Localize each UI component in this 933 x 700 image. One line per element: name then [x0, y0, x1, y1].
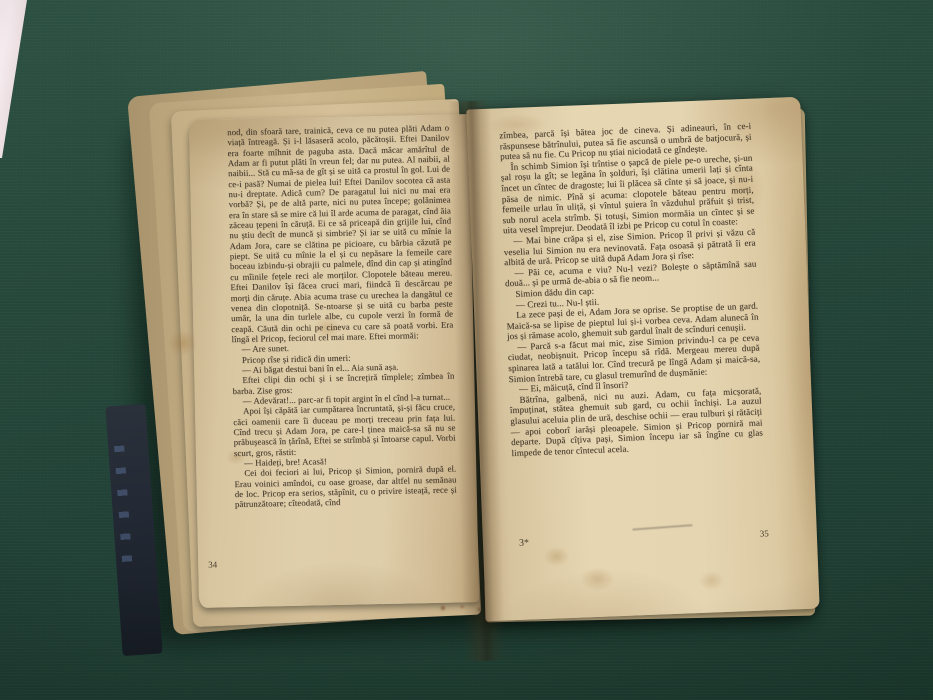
page-paragraph: În schimb Simion își trîntise o șapcă de…	[500, 152, 755, 236]
left-page-text: nod, din sfoară tare, trainică, ceva ce …	[227, 123, 457, 510]
signature-mark: 3*	[519, 538, 529, 549]
page-paragraph: nod, din sfoară tare, trainică, ceva ce …	[227, 123, 454, 345]
foxing-spot	[698, 570, 725, 591]
photo-open-book-scene: nod, din sfoară tare, trainică, ceva ce …	[0, 0, 933, 700]
foxing-spot	[543, 546, 570, 567]
page-paragraph: Apoi își căpătă iar cumpătarea încruntat…	[233, 402, 456, 458]
pencil-smudge	[632, 524, 692, 530]
foxing-spot	[580, 566, 615, 591]
page-paragraph: Bătrîna, galbenă, nici nu auzi. Adam, cu…	[509, 385, 763, 458]
page-number-right: 35	[760, 528, 769, 538]
page-paragraph: Cei doi feciori ai lui, Pricop și Simion…	[234, 464, 457, 510]
left-page: nod, din sfoară tare, trainică, ceva ce …	[189, 114, 479, 608]
page-number-left: 34	[208, 559, 217, 569]
right-page-text: zîmbea, parcă își bătea joc de cineva. Ș…	[499, 121, 763, 459]
spine-debris	[436, 601, 494, 615]
right-page: zîmbea, parcă își bătea joc de cineva. Ș…	[466, 97, 819, 621]
open-book: nod, din sfoară tare, trainică, ceva ce …	[108, 55, 848, 685]
